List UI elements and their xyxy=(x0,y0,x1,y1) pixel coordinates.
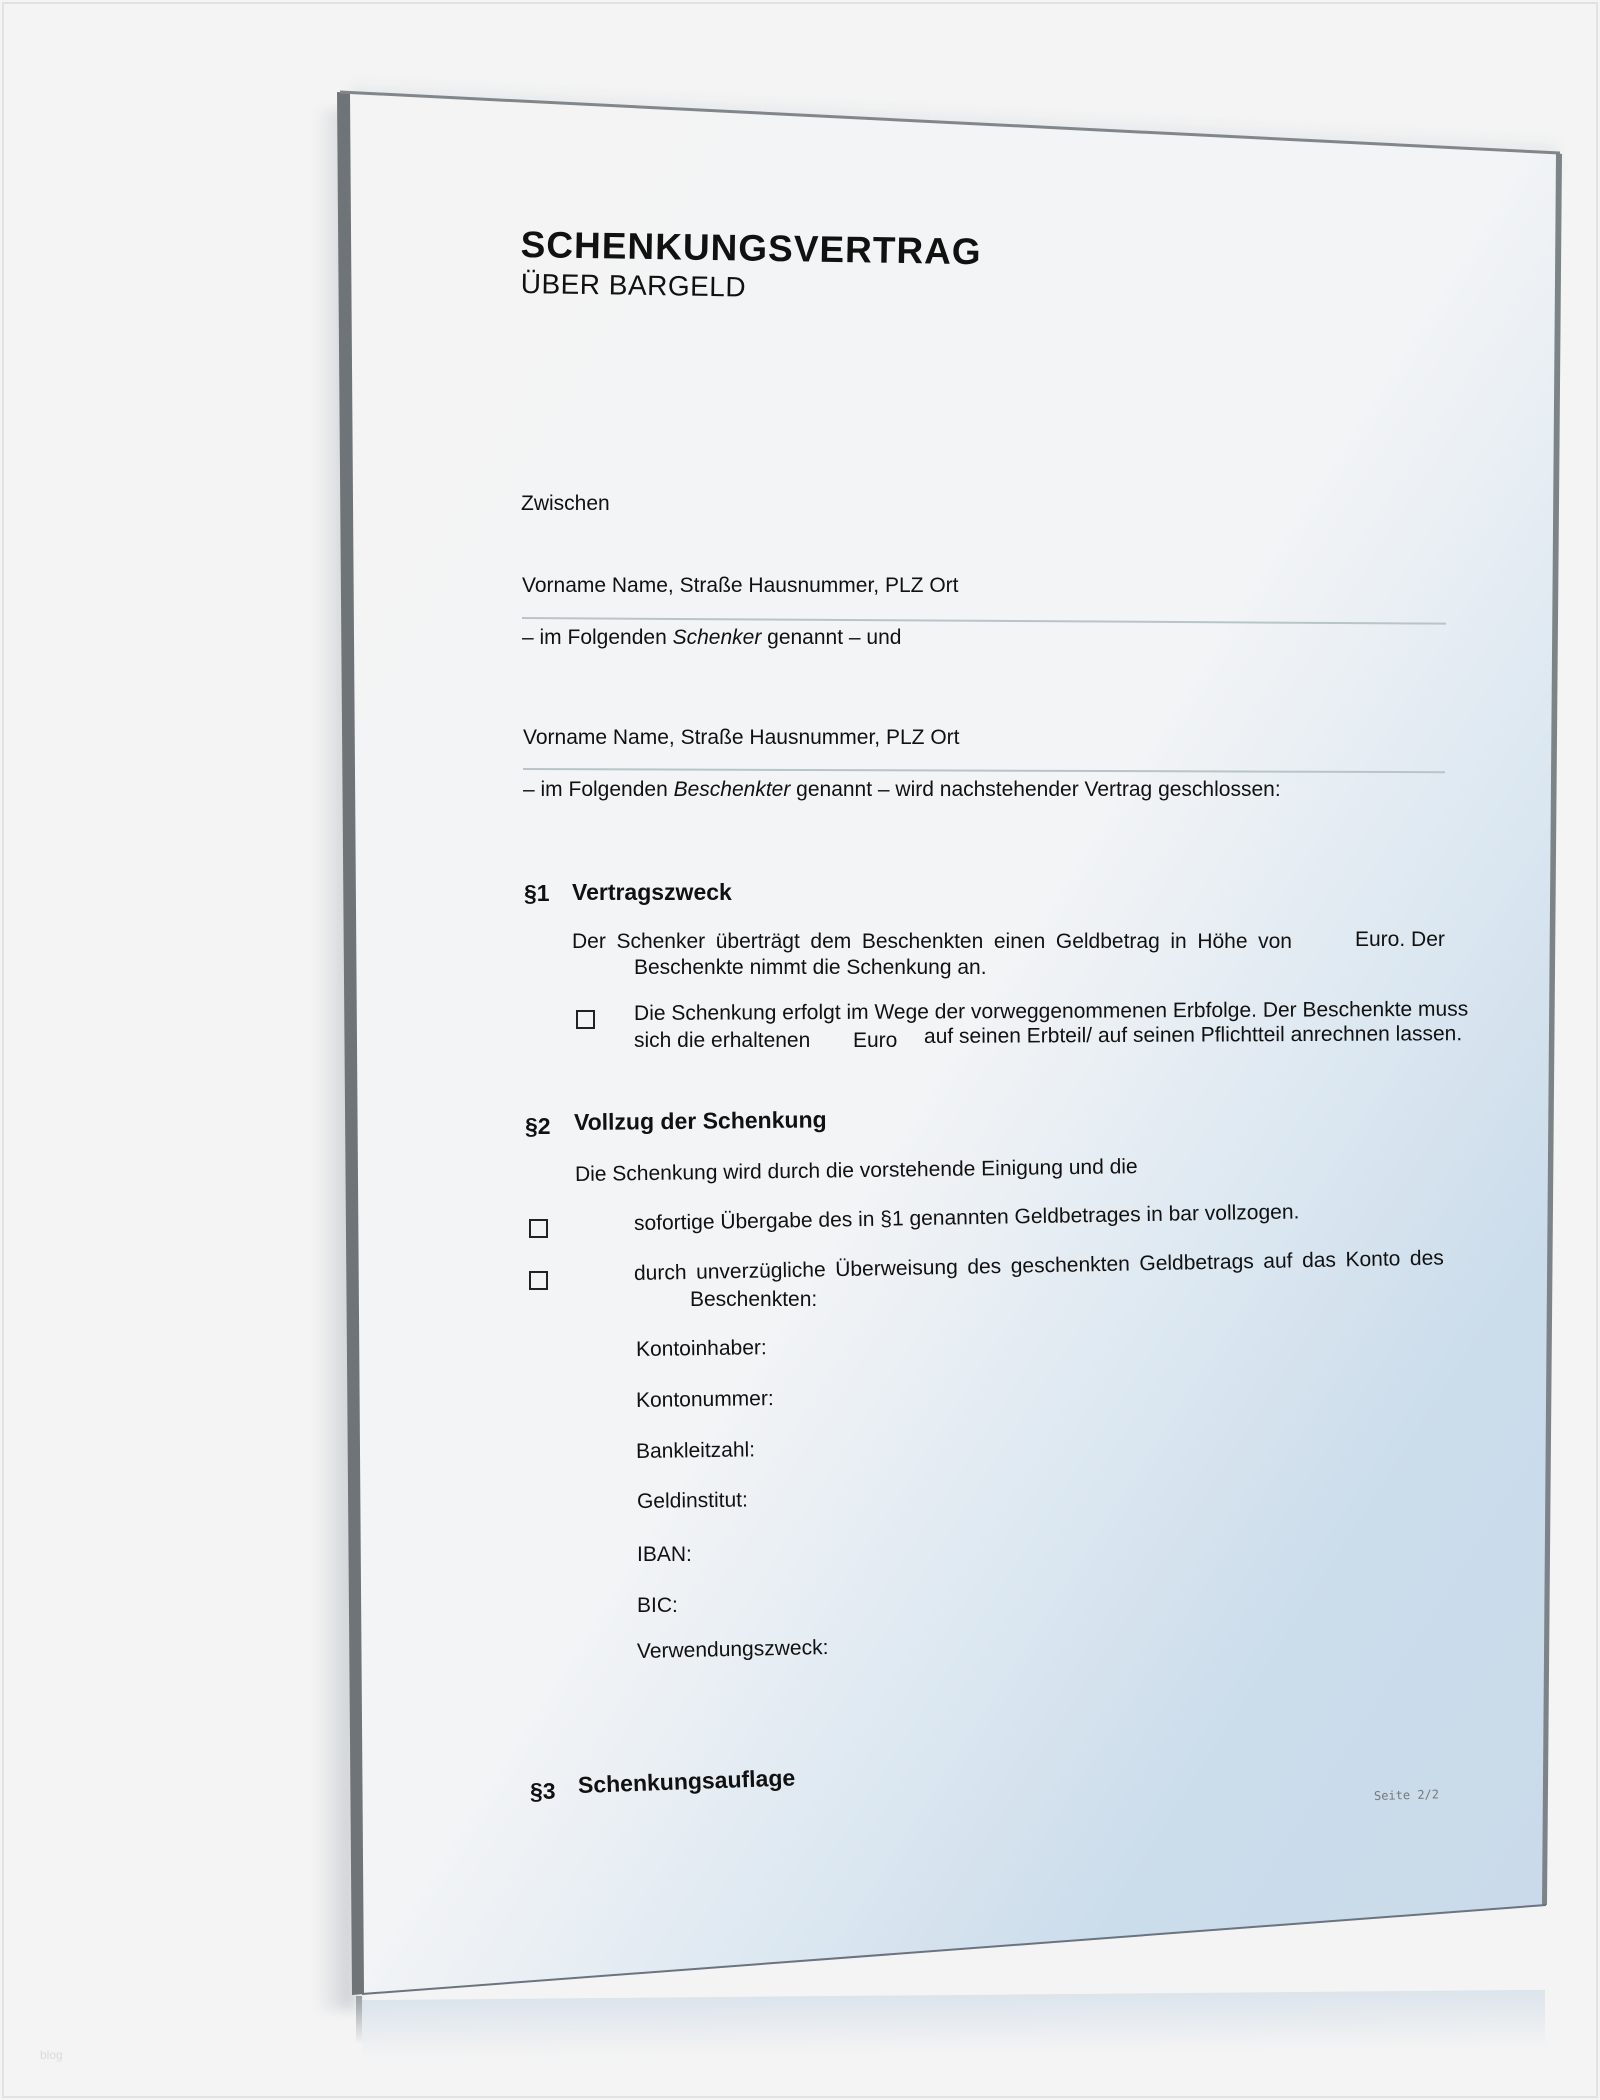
section2-number: §2 xyxy=(525,1113,551,1140)
word: durch xyxy=(634,1261,687,1286)
word: auf xyxy=(1263,1249,1293,1274)
document-page: SCHENKUNGSVERTRAG ÜBER BARGELD Zwischen … xyxy=(0,0,1600,2100)
word: Höhe xyxy=(1197,930,1247,954)
word: in xyxy=(1170,930,1186,954)
section1-option-line1: Die Schenkung erfolgt im Wege der vorweg… xyxy=(634,998,1468,1026)
section2-heading: Vollzug der Schenkung xyxy=(574,1106,827,1136)
party2-address-field[interactable]: Vorname Name, Straße Hausnummer, PLZ Ort xyxy=(523,726,960,750)
document-title: SCHENKUNGSVERTRAG xyxy=(520,224,982,273)
section1-option-line2b: Euro xyxy=(853,1029,897,1053)
word: Geldbetrag xyxy=(1056,930,1160,954)
section2-option2-line2: Beschenkten: xyxy=(690,1288,817,1312)
intro-text: Zwischen xyxy=(521,492,610,516)
bank-field-kontoinhaber[interactable]: Kontoinhaber: xyxy=(636,1336,767,1362)
word: geschenkten xyxy=(1011,1252,1131,1278)
party1-address-field[interactable]: Vorname Name, Straße Hausnummer, PLZ Ort xyxy=(522,574,959,598)
role-name: Beschenkter xyxy=(674,778,791,801)
word: von xyxy=(1258,930,1292,954)
section1-option-line2c: auf seinen Erbteil/ auf seinen Pflichtte… xyxy=(924,1022,1462,1049)
role-name: Schenker xyxy=(673,626,762,649)
party2-underline xyxy=(523,768,1445,773)
document-subtitle: ÜBER BARGELD xyxy=(520,268,746,304)
word: unverzügliche xyxy=(696,1258,826,1284)
bank-field-iban[interactable]: IBAN: xyxy=(637,1543,692,1567)
word: Beschenkten xyxy=(862,930,983,954)
word: Überweisung xyxy=(835,1256,958,1282)
section1-option-checkbox[interactable] xyxy=(576,1010,595,1029)
section1-number: §1 xyxy=(524,880,550,907)
word: das xyxy=(1302,1249,1336,1274)
word: Geldbetrags xyxy=(1139,1250,1254,1276)
section2-option2-line1: durch unverzügliche Überweisung des gesc… xyxy=(634,1246,1444,1286)
section3-number: §3 xyxy=(530,1778,556,1805)
section2-option1-text: sofortige Übergabe des in §1 genannten G… xyxy=(634,1200,1300,1236)
word: Der xyxy=(572,930,606,954)
section1-para1-line1: Der Schenker überträgt dem Beschenkten e… xyxy=(572,930,1292,954)
bank-field-bic[interactable]: BIC: xyxy=(637,1594,678,1618)
word: dem xyxy=(810,930,851,954)
word: des xyxy=(1410,1246,1444,1271)
word: Schenker xyxy=(616,930,705,954)
role-prefix: – im Folgenden xyxy=(522,626,673,649)
bank-field-bankleitzahl[interactable]: Bankleitzahl: xyxy=(636,1438,755,1464)
word: einen xyxy=(994,930,1045,954)
bank-field-verwendungszweck[interactable]: Verwendungszweck: xyxy=(637,1636,829,1664)
section1-para1-line2: Beschenkte nimmt die Schenkung an. xyxy=(634,956,987,980)
page-number: Seite 2/2 xyxy=(1374,1787,1439,1803)
section1-option-line2a: sich die erhaltenen xyxy=(634,1029,810,1053)
role-prefix: – im Folgenden xyxy=(523,778,674,801)
section3-heading: Schenkungsauflage xyxy=(578,1764,796,1799)
bank-field-kontonummer[interactable]: Kontonummer: xyxy=(636,1387,774,1413)
bank-field-geldinstitut[interactable]: Geldinstitut: xyxy=(637,1488,748,1514)
word: des xyxy=(967,1255,1001,1280)
role-suffix: genannt – und xyxy=(761,626,901,649)
party1-underline xyxy=(522,617,1446,625)
section2-option2-checkbox[interactable] xyxy=(529,1271,548,1290)
section2-intro: Die Schenkung wird durch die vorstehende… xyxy=(575,1155,1138,1187)
document-content: SCHENKUNGSVERTRAG ÜBER BARGELD Zwischen … xyxy=(0,0,1600,2100)
word: Konto xyxy=(1345,1247,1400,1272)
word: überträgt xyxy=(716,930,800,954)
role-suffix: genannt – wird nachstehender Vertrag ges… xyxy=(790,778,1280,801)
party2-role: – im Folgenden Beschenkter genannt – wir… xyxy=(523,778,1281,802)
party1-role: – im Folgenden Schenker genannt – und xyxy=(522,626,901,650)
section1-heading: Vertragszweck xyxy=(572,879,732,906)
section2-option1-checkbox[interactable] xyxy=(529,1219,548,1238)
section1-para1-euro: Euro. Der xyxy=(1355,928,1445,952)
